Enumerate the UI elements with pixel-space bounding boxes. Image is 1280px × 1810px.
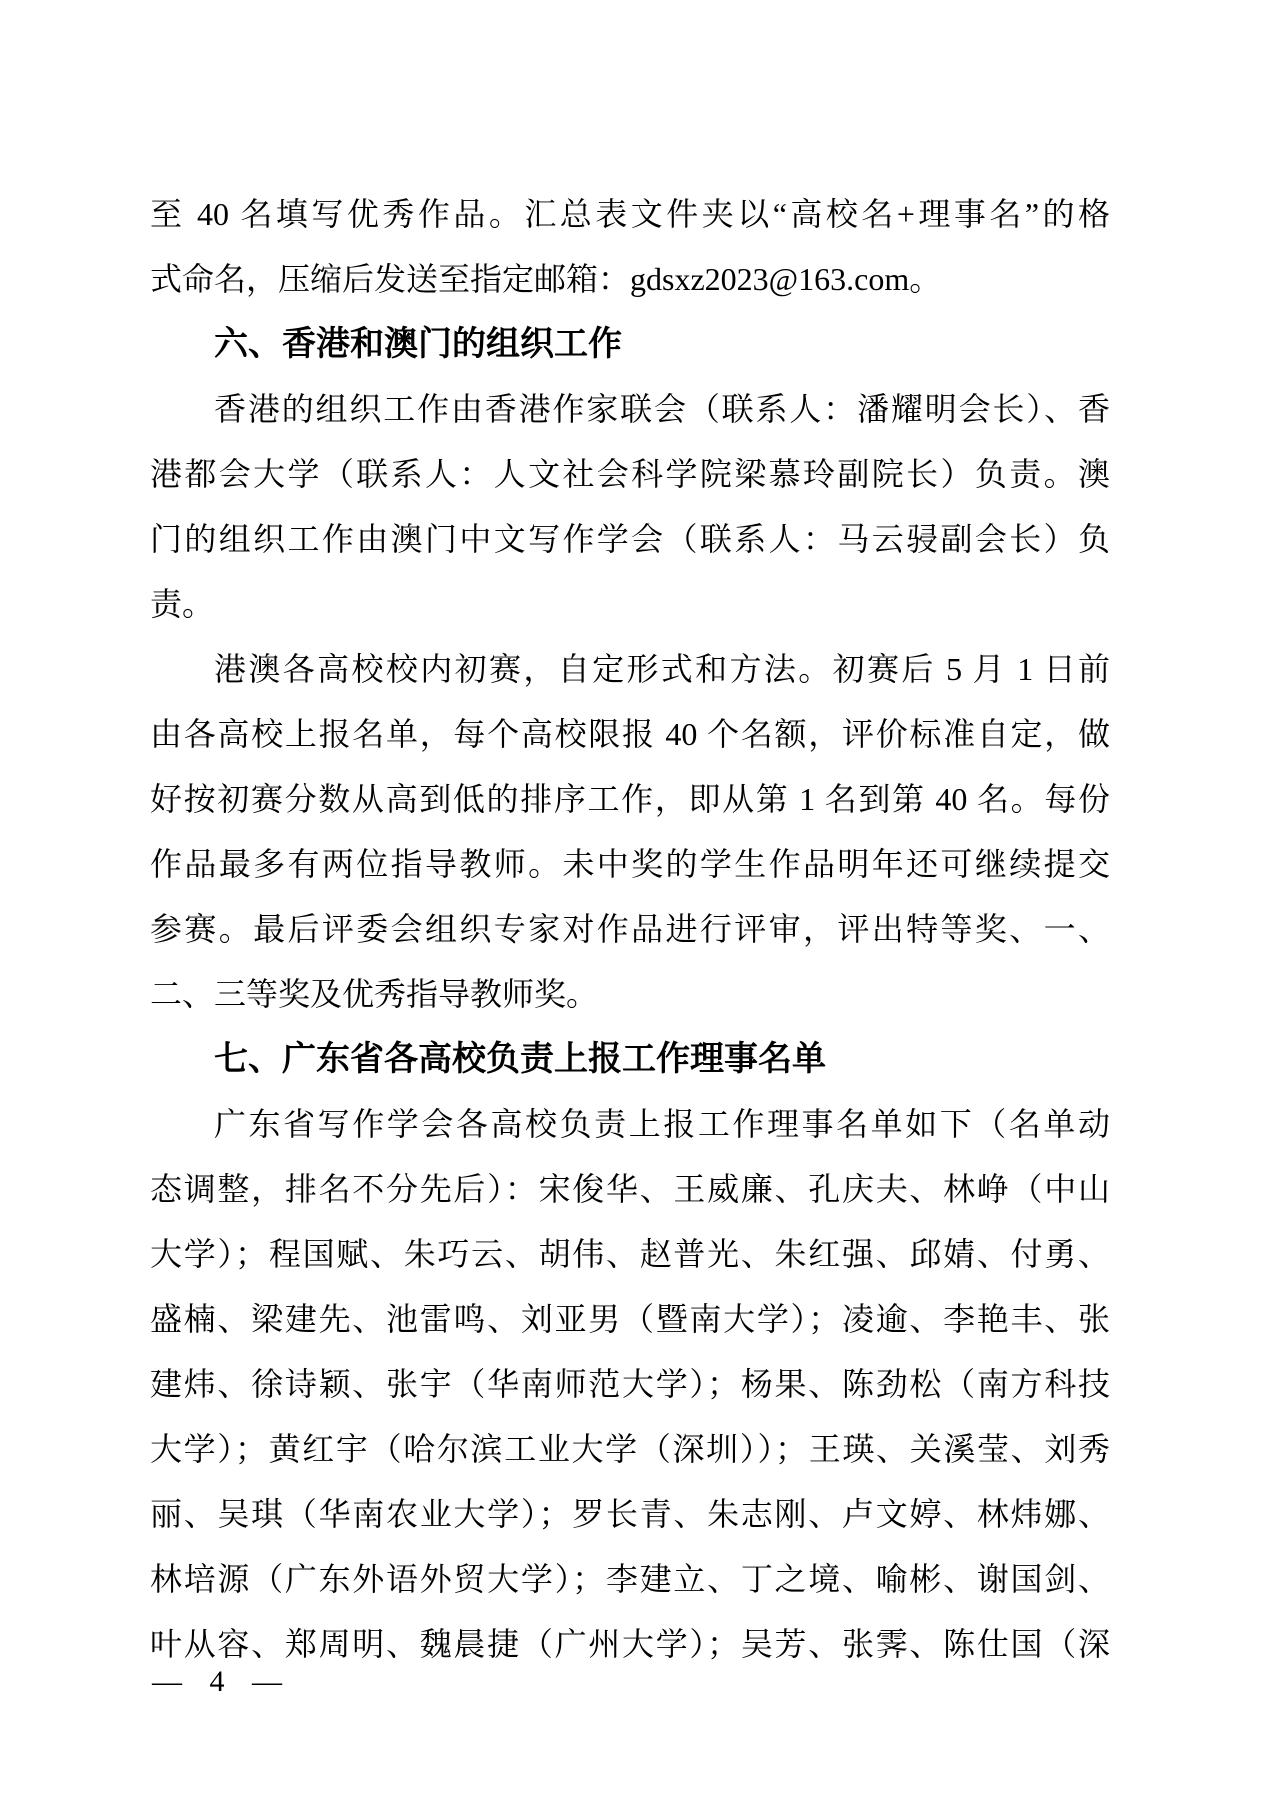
section-heading-7: 七、广东省各高校负责上报工作理事名单 (150, 1027, 1110, 1092)
document-line: 建炜、徐诗颖、张宇（华南师范大学）；杨果、陈劲松（南方科技 (150, 1352, 1110, 1417)
document-line: 至 40 名填写优秀作品。汇总表文件夹以“高校名+理事名”的格 (150, 182, 1110, 247)
document-line: 港澳各高校校内初赛，自定形式和方法。初赛后 5 月 1 日前 (150, 637, 1110, 702)
document-line: 态调整，排名不分先后）：宋俊华、王威廉、孔庆夫、林峥（中山 (150, 1157, 1110, 1222)
document-line: 门的组织工作由澳门中文写作学会（联系人：马云骎副会长）负 (150, 507, 1110, 572)
document-line: 作品最多有两位指导教师。未中奖的学生作品明年还可继续提交 (150, 832, 1110, 897)
document-line: 盛楠、梁建先、池雷鸣、刘亚男（暨南大学）；凌逾、李艳丰、张 (150, 1287, 1110, 1352)
document-line: 叶从容、郑周明、魏晨捷（广州大学）；吴芳、张霁、陈仕国（深 (150, 1612, 1110, 1677)
document-line: 由各高校上报名单，每个高校限报 40 个名额，评价标准自定，做 (150, 702, 1110, 767)
document-line: 广东省写作学会各高校负责上报工作理事名单如下（名单动 (150, 1092, 1110, 1157)
document-page: 至 40 名填写优秀作品。汇总表文件夹以“高校名+理事名”的格 式命名，压缩后发… (0, 0, 1280, 1810)
document-line: 二、三等奖及优秀指导教师奖。 (150, 962, 1110, 1027)
document-line: 丽、吴琪（华南农业大学）；罗长青、朱志刚、卢文婷、林炜娜、 (150, 1482, 1110, 1547)
document-line: 港都会大学（联系人：人文社会科学院梁慕玲副院长）负责。澳 (150, 442, 1110, 507)
page-number: — 4 — (152, 1662, 292, 1702)
document-line: 责。 (150, 572, 1110, 637)
document-line: 大学）；程国赋、朱巧云、胡伟、赵普光、朱红强、邱婧、付勇、 (150, 1222, 1110, 1287)
document-line: 林培源（广东外语外贸大学）；李建立、丁之境、喻彬、谢国剑、 (150, 1547, 1110, 1612)
document-line: 好按初赛分数从高到低的排序工作，即从第 1 名到第 40 名。每份 (150, 767, 1110, 832)
section-heading-6: 六、香港和澳门的组织工作 (150, 312, 1110, 377)
document-line: 大学）；黄红宇（哈尔滨工业大学（深圳））；王瑛、关溪莹、刘秀 (150, 1417, 1110, 1482)
document-line: 参赛。最后评委会组织专家对作品进行评审，评出特等奖、一、 (150, 897, 1110, 962)
page-content: 至 40 名填写优秀作品。汇总表文件夹以“高校名+理事名”的格 式命名，压缩后发… (150, 182, 1110, 1677)
document-line: 香港的组织工作由香港作家联会（联系人：潘耀明会长）、香 (150, 377, 1110, 442)
document-line-email: 式命名，压缩后发送至指定邮箱：gdsxz2023@163.com。 (150, 247, 1110, 312)
